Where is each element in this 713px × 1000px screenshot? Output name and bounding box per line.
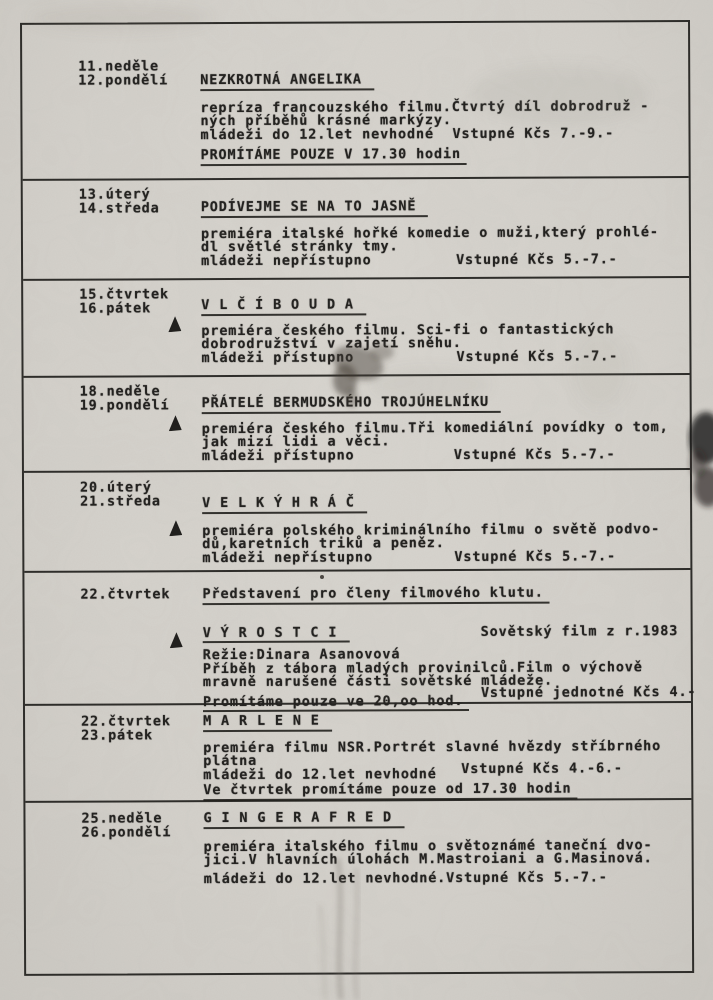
- price-note: Vstupné Kčs 5.-7.-: [454, 550, 616, 564]
- film-title: V L Č Í B O U D A: [201, 298, 366, 315]
- rating-note: mládeži do 12.let nevhodné: [200, 126, 433, 143]
- film-title: PODÍVEJME SE NA TO JASNĚ: [201, 200, 429, 217]
- price-note: Vstupné Kčs 4.-6.-: [461, 762, 623, 776]
- row-content: NEZKROTNÁ ANGELIKArepríza francouzského …: [200, 72, 684, 166]
- date-range: 25.neděle26.pondělí: [81, 812, 171, 839]
- price-note: Vstupné jednotné Kčs 4.-: [481, 685, 697, 699]
- date-range: 22.čtvrtek: [80, 588, 170, 602]
- program-row: 18.neděle19.pondělíPŘÁTELÉ BERMUDSKÉHO T…: [24, 375, 690, 473]
- date-line: 16.pátek: [79, 302, 169, 316]
- date-line: 26.pondělí: [82, 826, 172, 840]
- film-title: V Ý R O S T C I: [203, 626, 350, 643]
- row-content: M A R L E N Epremiéra filmu NSR.Portrét …: [203, 713, 687, 801]
- row-content: V L Č Í B O U D Apremiéra českého filmu.…: [201, 297, 685, 365]
- film-title: G I N G E R A F R E D: [203, 811, 404, 828]
- date-range: 18.neděle19.pondělí: [80, 385, 170, 412]
- film-title: M A R L E N E: [203, 715, 332, 732]
- screening-time-note: PROMÍTÁME POUZE V 17.30 hodin: [201, 148, 467, 166]
- price-note: Vstupné Kčs 5.-7.-: [456, 253, 618, 267]
- date-line: 22.čtvrtek: [80, 588, 170, 602]
- row-content: V E L K Ý H R Á Čpremiéra polského krimi…: [202, 495, 686, 565]
- triangle-marker: [169, 415, 182, 431]
- date-line: 19.pondělí: [80, 399, 170, 413]
- row-content: PŘÁTELÉ BERMUDSKÉHO TROJÚHELNÍKUpremiéra…: [202, 395, 686, 463]
- rating-note: mládeži do 12.let nevhodné: [203, 766, 436, 783]
- rating-note: mládeži přístupno: [201, 349, 354, 366]
- date-range: 13.úterý14.středa: [79, 188, 160, 215]
- program-row: 13.úterý14.středaPODÍVEJME SE NA TO JASN…: [23, 178, 689, 281]
- rating-note: mládeži nepřístupno: [202, 549, 373, 566]
- film-title: PŘÁTELÉ BERMUDSKÉHO TROJÚHELNÍKU: [202, 396, 501, 414]
- triangle-marker: [170, 632, 183, 648]
- club-screening-header: Představení pro členy filmového klutu.: [202, 587, 549, 605]
- rating-note: mládeži do 12.let nevhodné.Vstupné Kčs 5…: [204, 869, 608, 887]
- date-line: 21.středa: [80, 495, 161, 509]
- screening-time-note: Ve čtvrtek promítáme pouze od 17.30 hodi…: [203, 782, 577, 800]
- program-row: 22.čtvrtek23.pátekM A R L E N Epremiéra …: [25, 703, 691, 803]
- description-line: jici.V hlavních úlohách M.Mastroiani a G…: [204, 852, 688, 868]
- program-row: 20.úterý21.středaV E L K Ý H R Á Čpremié…: [24, 470, 690, 573]
- price-note: Vstupné Kčs 5.-7.-: [454, 448, 616, 462]
- date-range: 15.čtvrtek16.pátek: [79, 288, 169, 315]
- film-origin-note: Sovětský film z r.1983: [481, 625, 679, 639]
- program-row: 15.čtvrtek16.pátekV L Č Í B O U D Apremi…: [23, 278, 689, 378]
- description-line: premiéra filmu NSR.Portrét slavné hvězdy…: [203, 740, 687, 756]
- program-row: 22.čtvrtekPředstavení pro členy filmovéh…: [24, 570, 691, 706]
- program-row: 11.neděle12.pondělíNEZKROTNÁ ANGELIKArep…: [22, 22, 689, 181]
- program-row: 25.neděle26.pondělíG I N G E R A F R E D…: [25, 800, 692, 974]
- date-line: 23.pátek: [81, 729, 171, 743]
- price-note: Vstupné Kčs 7.-9.-: [452, 127, 614, 141]
- film-title: V E L K Ý H R Á Č: [202, 496, 367, 513]
- price-note: Vstupné Kčs 5.-7.-: [456, 350, 618, 364]
- rating-note: mládeži nepřístupno: [201, 252, 372, 269]
- date-range: 11.neděle12.pondělí: [78, 60, 168, 87]
- row-content: G I N G E R A F R E Dpremiéra italského …: [203, 810, 687, 886]
- date-line: 12.pondělí: [78, 74, 168, 88]
- row-content: Představení pro členy filmového klutu.V …: [202, 586, 687, 712]
- program-table: 11.neděle12.pondělíNEZKROTNÁ ANGELIKArep…: [20, 20, 694, 976]
- triangle-marker: [168, 316, 181, 332]
- date-line: 14.středa: [79, 202, 160, 216]
- date-range: 22.čtvrtek23.pátek: [81, 715, 171, 742]
- film-title: NEZKROTNÁ ANGELIKA: [200, 73, 374, 90]
- row-content: PODÍVEJME SE NA TO JASNĚpremiéra italské…: [201, 199, 685, 268]
- rating-note: mládeži přístupno: [202, 447, 355, 464]
- date-range: 20.úterý21.středa: [80, 481, 161, 508]
- triangle-marker: [169, 520, 182, 536]
